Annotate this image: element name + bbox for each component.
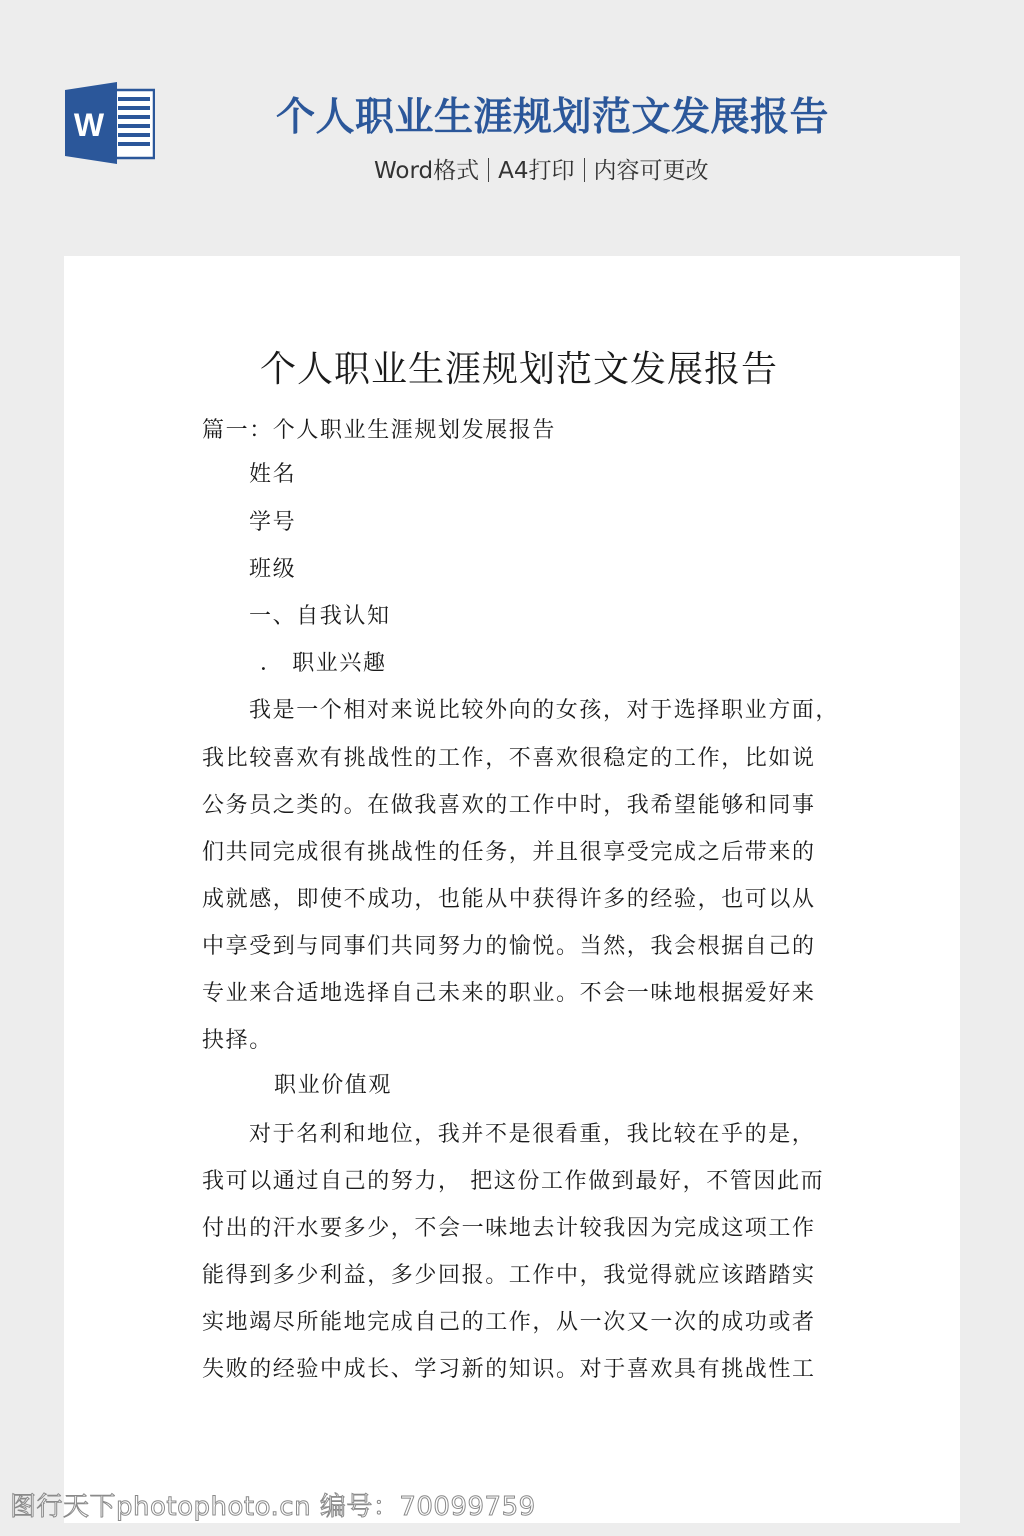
field-name: 姓名 bbox=[249, 460, 296, 490]
paragraph-line: 中享受到与同事们共同努力的愉悦。当然，我会根据自己的 bbox=[202, 932, 816, 962]
paragraph-line: 公务员之类的。在做我喜欢的工作中时，我希望能够和同事 bbox=[202, 791, 816, 821]
watermark: 图行天下photophoto.cn 编号：70099759 bbox=[10, 1490, 536, 1524]
document-page: 个人职业生涯规划范文发展报告 篇一：个人职业生涯规划发展报告 姓名 学号 班级 … bbox=[64, 256, 960, 1523]
paragraph-line: 们共同完成很有挑战性的任务，并且很享受完成之后带来的 bbox=[202, 838, 816, 868]
paragraph-line: 我比较喜欢有挑战性的工作，不喜欢很稳定的工作，比如说 bbox=[202, 744, 816, 774]
paragraph-line: 我可以通过自己的努力， 把这份工作做到最好，不管因此而 bbox=[202, 1167, 824, 1197]
article-heading: 篇一：个人职业生涯规划发展报告 bbox=[202, 416, 556, 446]
svg-text:W: W bbox=[74, 107, 105, 143]
editable-label: 内容可更改 bbox=[594, 158, 709, 184]
separator bbox=[488, 158, 489, 182]
format-label: Word格式 bbox=[374, 158, 479, 184]
paragraph-line: 能得到多少利益，多少回报。工作中，我觉得就应该踏踏实 bbox=[202, 1261, 816, 1291]
banner-subtitle: Word格式A4打印内容可更改 bbox=[374, 155, 709, 187]
paragraph-line: 成就感，即使不成功，也能从中获得许多的经验，也可以从 bbox=[202, 885, 816, 915]
section-heading: 一、自我认知 bbox=[249, 602, 391, 632]
paragraph-line: 对于名利和地位，我并不是很看重，我比较在乎的是， bbox=[249, 1120, 815, 1150]
document-title: 个人职业生涯规划范文发展报告 bbox=[260, 346, 778, 394]
subsection-heading: 职业价值观 bbox=[274, 1071, 392, 1101]
separator bbox=[584, 158, 585, 182]
paragraph-line: 付出的汗水要多少，不会一味地去计较我因为完成这项工作 bbox=[202, 1214, 816, 1244]
word-app-icon: W bbox=[65, 82, 155, 164]
paragraph-line: 失败的经验中成长、学习新的知识。对于喜欢具有挑战性工 bbox=[202, 1355, 816, 1385]
field-class: 班级 bbox=[249, 555, 296, 585]
paragraph-line: 抉择。 bbox=[202, 1026, 273, 1056]
print-label: A4打印 bbox=[498, 158, 574, 184]
subsection-heading: ． 职业兴趣 bbox=[260, 649, 387, 679]
paragraph-line: 专业来合适地选择自己未来的职业。不会一味地根据爱好来 bbox=[202, 979, 816, 1009]
banner-title: 个人职业生涯规划范文发展报告 bbox=[276, 92, 876, 144]
field-student-id: 学号 bbox=[249, 508, 296, 538]
paragraph-line: 实地竭尽所能地完成自己的工作，从一次又一次的成功或者 bbox=[202, 1308, 816, 1338]
paragraph-line: 我是一个相对来说比较外向的女孩，对于选择职业方面， bbox=[249, 696, 839, 726]
